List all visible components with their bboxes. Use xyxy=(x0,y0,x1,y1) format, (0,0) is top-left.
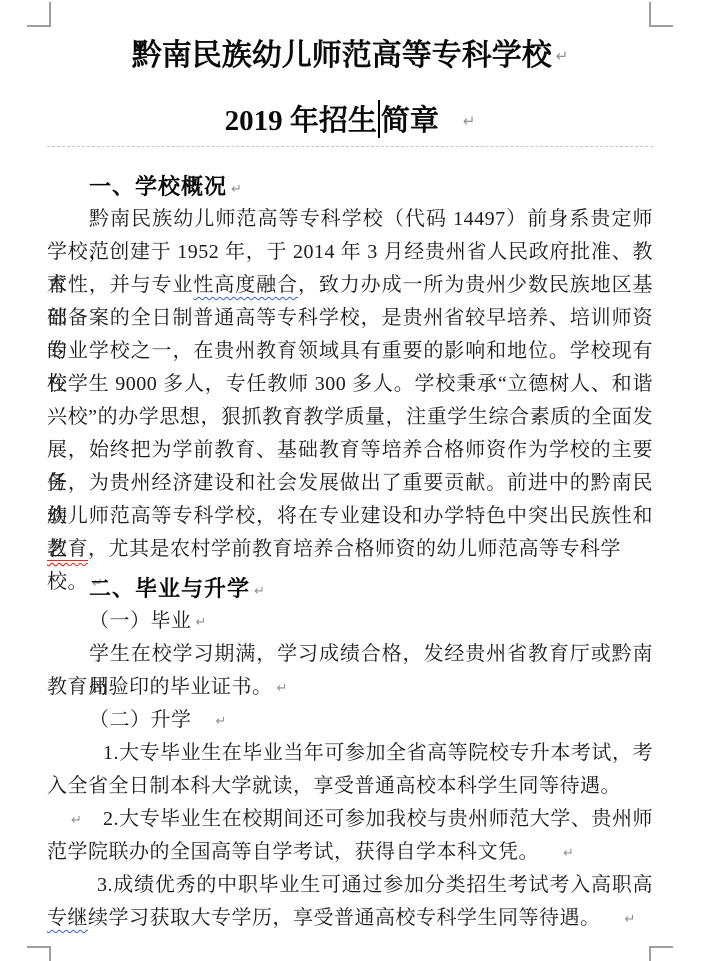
text-line[interactable]: 3.成绩优秀的中职毕业生可通过参加分类招生考试考入高职高 xyxy=(47,869,653,902)
text-line[interactable]: 术性，并与专业性高度融合，致力办成一所为贵州少数民族地区基础 xyxy=(47,269,653,302)
text-line[interactable]: 1.大专毕业生在毕业当年可参加全省高等院校专升本考试，考 xyxy=(47,737,653,770)
text-segment: 3.成绩优秀的中职毕业生可通过参加分类招生考试考入高职高 xyxy=(97,874,653,896)
document-page: 黔南民族幼儿师范高等专科学校↵ 2019 年招生简章↵ 一、学校概况↵黔南民族幼… xyxy=(0,0,723,961)
text-line[interactable]: 务，为贵州经济建设和社会发展做出了重要贡献。前进中的黔南民族 xyxy=(47,467,653,500)
section-heading[interactable]: 一、学校概况↵ xyxy=(47,170,653,203)
text-line[interactable]: 黔南民族幼儿师范高等专科学校（代码 14497）前身系贵定师范 xyxy=(47,203,653,236)
spellcheck-wavy-blue-underline: 性高度融合 xyxy=(193,274,298,296)
paragraph-mark: ↵ xyxy=(277,681,288,696)
document-subtitle-text-before-caret: 2019 年招生 xyxy=(225,105,377,137)
text-segment: （二）升学 xyxy=(89,709,192,731)
text-segment: 1.大专毕业生在毕业当年可参加全省高等院校专升本考试，考 xyxy=(103,742,653,764)
text-line[interactable]: 专业学校之一，在贵州教育领域具有重要的影响和地位。学校现有在 xyxy=(47,335,653,368)
paragraph-mark: ↵ xyxy=(556,47,569,65)
text-segment: 入全省全日制本科大学就读，享受普通高校本科学生同等待遇。 xyxy=(47,775,621,797)
text-segment: 范学院联办的全国高等自学考试，获得自学本科文凭。 xyxy=(47,841,539,863)
section-heading[interactable]: 二、毕业与升学↵ xyxy=(47,572,653,605)
text-line[interactable]: 入全省全日制本科大学就读，享受普通高校本科学生同等待遇。↵ xyxy=(47,770,653,803)
text-segment: 兴校”的办学思想，狠抓教育教学质量，注重学生综合素质的全面发 xyxy=(47,406,653,428)
text-line[interactable]: 教育，尤其是农村学前教育培养合格师资的幼儿师范高等专科学校。↵ xyxy=(47,533,653,566)
text-line[interactable]: 展，始终把为学前教育、基础教育等培养合格师资作为学校的主要任 xyxy=(47,434,653,467)
paragraph-mark: ↵ xyxy=(254,584,266,599)
paragraph-mark: ↵ xyxy=(231,182,243,197)
spellcheck-wavy-blue-underline: 专继 xyxy=(47,907,88,929)
text-line[interactable]: 兴校”的办学思想，狠抓教育教学质量，注重学生综合素质的全面发 xyxy=(47,401,653,434)
crop-mark-bottom-left xyxy=(27,946,51,961)
text-line[interactable]: 2.大专毕业生在校期间还可参加我校与贵州师范大学、贵州师 xyxy=(47,803,653,836)
crop-mark-bottom-right xyxy=(649,946,673,961)
page-boundary-divider xyxy=(47,146,653,147)
text-line[interactable]: （二）升学↵ xyxy=(47,704,653,737)
text-line[interactable]: 教育局验印的毕业证书。↵ xyxy=(47,671,653,704)
text-segment: 一、学校概况 xyxy=(89,174,227,199)
text-line[interactable]: 部备案的全日制普通高等专科学校，是贵州省较早培养、培训师资的 xyxy=(47,302,653,335)
text-line[interactable]: （一）毕业↵ xyxy=(47,605,653,638)
document-title-text: 黔南民族幼儿师范高等专科学校 xyxy=(132,39,552,72)
paragraph-mark: ↵ xyxy=(216,714,227,729)
paragraph-mark: ↵ xyxy=(625,912,636,927)
document-title[interactable]: 黔南民族幼儿师范高等专科学校↵ xyxy=(47,33,653,79)
text-segment: 教育局验印的毕业证书。 xyxy=(47,676,273,698)
text-segment: 2.大专毕业生在校期间还可参加我校与贵州师范大学、贵州师 xyxy=(103,808,653,830)
paragraph-mark: ↵ xyxy=(463,112,476,130)
document-body: 一、学校概况↵黔南民族幼儿师范高等专科学校（代码 14497）前身系贵定师范学校… xyxy=(47,170,653,935)
spellcheck-wavy-red-underline: 教育 xyxy=(47,538,88,561)
text-segment: 校学生 9000 多人，专任教师 300 多人。学校秉承“立德树人、和谐 xyxy=(47,373,653,395)
text-segment: 二、毕业与升学 xyxy=(89,576,250,601)
text-caret xyxy=(378,100,380,138)
text-segment: 幼儿师范高等专科学校，将在专业建设和办学特色中突出民族性和 xyxy=(47,505,653,527)
text-line[interactable]: 学生在校学习期满，学习成绩合格，发经贵州省教育厅或黔南州 xyxy=(47,638,653,671)
text-line[interactable]: 范学院联办的全国高等自学考试，获得自学本科文凭。↵ xyxy=(47,836,653,869)
document-subtitle-text-after-caret: 简章 xyxy=(381,105,439,137)
text-line[interactable]: 学校，创建于 1952 年，于 2014 年 3 月经贵州省人民政府批准、教育 xyxy=(47,236,653,269)
paragraph-mark: ↵ xyxy=(563,846,574,861)
text-segment: 续学习获取大专学历，享受普通高校专科学生同等待遇。 xyxy=(88,907,601,929)
text-segment: （一）毕业 xyxy=(89,610,192,632)
document-subtitle[interactable]: 2019 年招生简章↵ xyxy=(47,98,653,144)
text-line[interactable]: 幼儿师范高等专科学校，将在专业建设和办学特色中突出民族性和艺 xyxy=(47,500,653,533)
crop-mark-top-left xyxy=(27,2,51,27)
text-segment: 术性，并与专业 xyxy=(47,274,193,296)
crop-mark-top-right xyxy=(649,2,673,27)
paragraph-mark: ↵ xyxy=(196,615,207,630)
text-line[interactable]: 校学生 9000 多人，专任教师 300 多人。学校秉承“立德树人、和谐 xyxy=(47,368,653,401)
text-line[interactable]: 专继续学习获取大专学历，享受普通高校专科学生同等待遇。↵ xyxy=(47,902,653,935)
